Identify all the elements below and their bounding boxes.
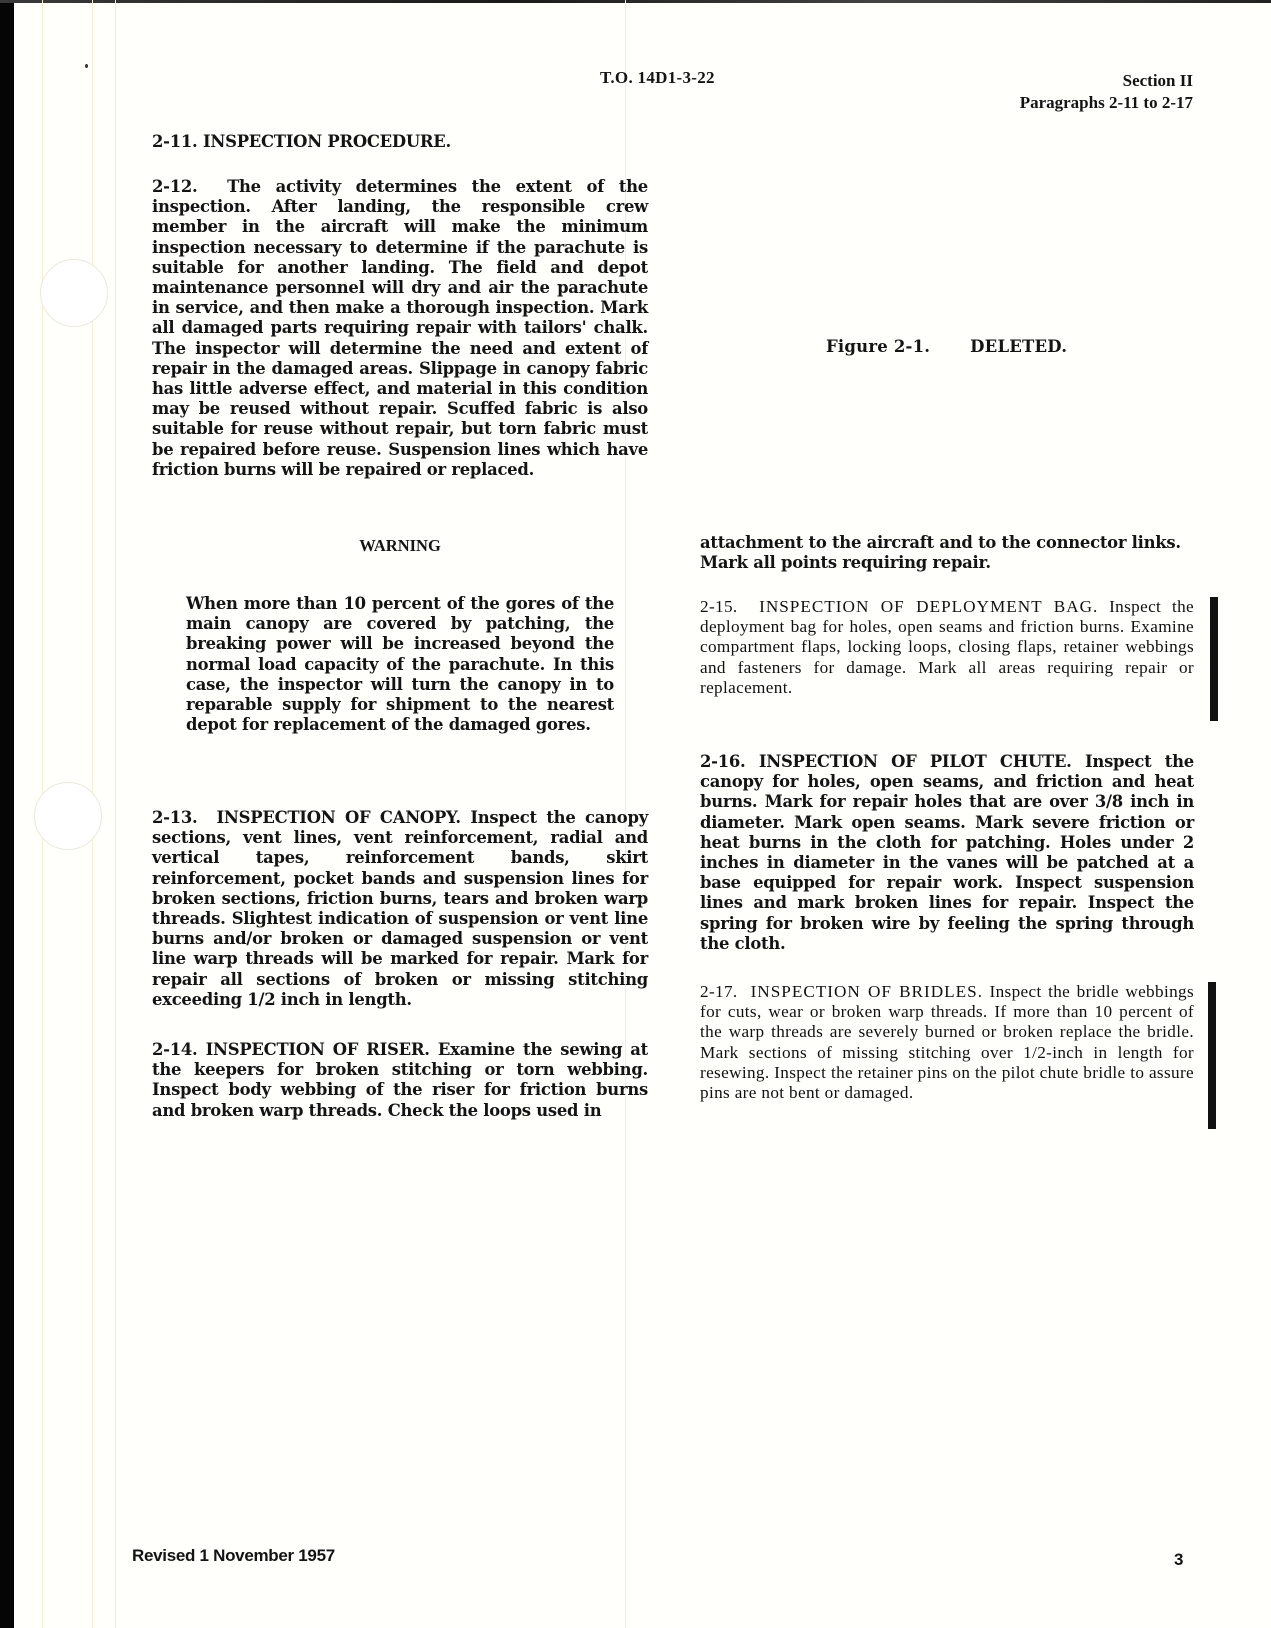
paragraph-body: 2-14. INSPECTION OF RISER. Examine the s… [152,1040,648,1121]
paragraph-number: 2-14. [152,1040,197,1059]
paragraph-body: 2-13. INSPECTION OF CANOPY. Inspect the … [152,808,648,1010]
page-number: 3 [1174,1550,1183,1570]
revision-date: Revised 1 November 1957 [132,1546,335,1566]
paragraph-2-16: 2-16. INSPECTION OF PILOT CHUTE. Inspect… [700,752,1194,954]
warning-title: WARNING [152,536,648,556]
paragraph-heading: INSPECTION OF CANOPY. [217,808,461,827]
figure-caption: Figure 2-1. DELETED. [826,337,1067,356]
punch-hole [40,259,108,327]
paragraph-number: 2-13. [152,808,197,827]
paragraph-text: attachment to the aircraft and to the co… [700,533,1194,573]
warning-box: When more than 10 percent of the gores o… [186,594,614,735]
paragraph-body: 2-15. INSPECTION OF DEPLOYMENT BAG. Insp… [700,597,1194,698]
paragraph-text: The activity determines the extent of th… [152,177,648,479]
paragraph-body: 2-17. INSPECTION OF BRIDLES. Inspect the… [700,982,1194,1103]
paragraph-text: Inspect the canopy sections, vent lines,… [152,808,648,1009]
paragraph-heading: INSPECTION OF RISER. [206,1040,430,1059]
document-number: T.O. 14D1-3-22 [600,68,715,88]
revision-change-bar [1210,597,1218,721]
paragraph-heading: INSPECTION OF DEPLOYMENT BAG. [759,597,1098,616]
paragraph-heading: INSPECTION OF BRIDLES. [751,982,983,1001]
warning-text: When more than 10 percent of the gores o… [186,594,614,735]
scan-border-left [0,0,14,1628]
paragraph-2-17: 2-17. INSPECTION OF BRIDLES. Inspect the… [700,982,1194,1103]
paragraph-text: Inspect the canopy for holes, open seams… [700,752,1194,953]
section-header: Section II Paragraphs 2-11 to 2-17 [1020,70,1193,114]
paragraph-2-12: 2-12. The activity determines the extent… [152,177,648,480]
paragraph-2-15: 2-15. INSPECTION OF DEPLOYMENT BAG. Insp… [700,597,1194,698]
paragraph-2-14: 2-14. INSPECTION OF RISER. Examine the s… [152,1040,648,1121]
paragraph-number: 2-15. [700,597,738,616]
paragraph-range: Paragraphs 2-11 to 2-17 [1020,92,1193,114]
scan-speck [85,64,88,68]
paragraph-number: 2-11. [152,132,197,151]
revision-change-bar [1208,982,1216,1129]
figure-label: Figure 2-1. [826,337,930,356]
paragraph-body: 2-12. The activity determines the extent… [152,177,648,480]
section-label: Section II [1020,70,1193,92]
punch-hole [34,782,102,850]
section-heading: 2-11. INSPECTION PROCEDURE. [152,132,648,152]
paragraph-heading: INSPECTION PROCEDURE. [203,132,451,151]
paragraph-number: 2-12. [152,177,197,196]
scan-border-top [0,0,1271,3]
paragraph-2-14-continued: attachment to the aircraft and to the co… [700,533,1194,573]
paragraph-number: 2-16. [700,752,745,771]
margin-rule [115,0,116,1628]
paragraph-body: 2-16. INSPECTION OF PILOT CHUTE. Inspect… [700,752,1194,954]
paragraph-2-13: 2-13. INSPECTION OF CANOPY. Inspect the … [152,808,648,1010]
paragraph-number: 2-17. [700,982,738,1001]
figure-status: DELETED. [970,337,1067,356]
paragraph-heading: INSPECTION OF PILOT CHUTE. [759,752,1072,771]
paragraph-2-11: 2-11. INSPECTION PROCEDURE. [152,132,648,152]
